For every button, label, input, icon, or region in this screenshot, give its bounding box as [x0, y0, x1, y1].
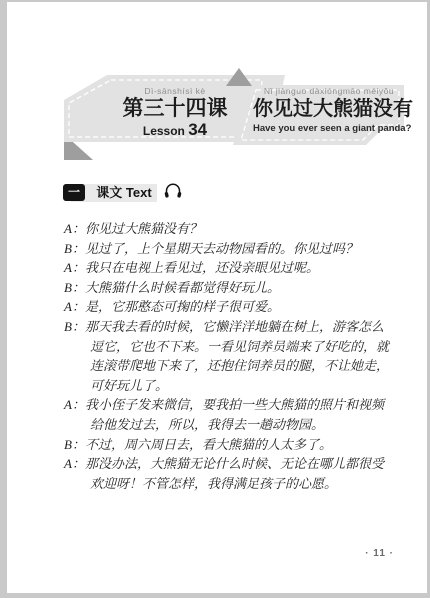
speaker-label: B： — [64, 280, 85, 295]
title-english: Have you ever seen a giant panda? — [253, 122, 405, 135]
dialogue-line: A：是，它那憨态可掬的样子很可爱。 — [64, 297, 395, 317]
line-text: 我小侄子发来微信，要我拍一些大熊猫的照片和视频给他发过去，所以，我得去一趟动物园… — [85, 397, 384, 432]
lesson-banner: Dì-sānshísì kè 第三十四课 Lesson 34 Nǐ jiàngu… — [55, 62, 415, 167]
page-number: · 11 · — [365, 548, 394, 559]
dialogue-text: A：你见过大熊猫没有？ B：见过了，上个星期天去动物园看的。你见过吗？ A：我只… — [64, 219, 395, 493]
speaker-label: A： — [64, 299, 85, 314]
dialogue-line: B：不过，周六周日去，看大熊猫的人太多了。 — [64, 435, 395, 455]
speaker-label: A： — [64, 456, 85, 471]
lesson-word: Lesson — [143, 124, 188, 138]
speaker-label: B： — [64, 241, 85, 256]
speaker-label: B： — [64, 319, 85, 334]
lesson-label: Lesson 34 — [95, 122, 255, 139]
lesson-hanzi: 第三十四课 — [95, 96, 255, 122]
lesson-num: 34 — [188, 120, 207, 139]
paper-sheet: Dì-sānshísì kè 第三十四课 Lesson 34 Nǐ jiàngu… — [7, 2, 427, 593]
line-text: 是，它那憨态可掬的样子很可爱。 — [85, 299, 280, 314]
line-text: 见过了，上个星期天去动物园看的。你见过吗？ — [85, 241, 358, 256]
speaker-label: A： — [64, 397, 85, 412]
speaker-label: B： — [64, 437, 85, 452]
dialogue-line: A：我只在电视上看见过，还没亲眼见过呢。 — [64, 258, 395, 278]
line-text: 大熊猫什么时候看都觉得好玩儿。 — [85, 280, 280, 295]
title-pinyin: Nǐ jiànguo dàxióngmāo méiyǒu — [253, 86, 405, 96]
dialogue-line: B：那天我去看的时候，它懒洋洋地躺在树上，游客怎么逗它，它也不下来。一看见饲养员… — [64, 317, 395, 395]
speaker-label: A： — [64, 260, 85, 275]
speaker-label: A： — [64, 221, 85, 236]
section-number-badge: 一 — [63, 184, 85, 201]
line-text: 那天我去看的时候，它懒洋洋地躺在树上，游客怎么逗它，它也不下来。一看见饲养员端来… — [85, 319, 389, 393]
title-hanzi: 你见过大熊猫没有 — [253, 96, 405, 122]
section-title: 课文 Text — [91, 184, 157, 202]
lesson-title-block: Nǐ jiànguo dàxióngmāo méiyǒu 你见过大熊猫没有 Ha… — [253, 86, 405, 135]
line-text: 我只在电视上看见过，还没亲眼见过呢。 — [85, 260, 319, 275]
textbook-page: { "header": { "lesson": { "pinyin": "Dì-… — [0, 0, 430, 598]
line-text: 那没办法，大熊猫无论什么时候、无论在哪儿都很受欢迎呀！不管怎样，我得满足孩子的心… — [85, 456, 384, 491]
line-text: 你见过大熊猫没有？ — [85, 221, 202, 236]
dialogue-line: A：我小侄子发来微信，要我拍一些大熊猫的照片和视频给他发过去，所以，我得去一趟动… — [64, 395, 395, 434]
dialogue-line: A：那没办法，大熊猫无论什么时候、无论在哪儿都很受欢迎呀！不管怎样，我得满足孩子… — [64, 454, 395, 493]
headphones-icon — [163, 181, 183, 206]
line-text: 不过，周六周日去，看大熊猫的人太多了。 — [85, 437, 332, 452]
lesson-pinyin: Dì-sānshísì kè — [95, 86, 255, 96]
dialogue-line: B：见过了，上个星期天去动物园看的。你见过吗？ — [64, 239, 395, 259]
lesson-number-block: Dì-sānshísì kè 第三十四课 Lesson 34 — [95, 86, 255, 139]
dialogue-line: B：大熊猫什么时候看都觉得好玩儿。 — [64, 278, 395, 298]
dialogue-line: A：你见过大熊猫没有？ — [64, 219, 395, 239]
